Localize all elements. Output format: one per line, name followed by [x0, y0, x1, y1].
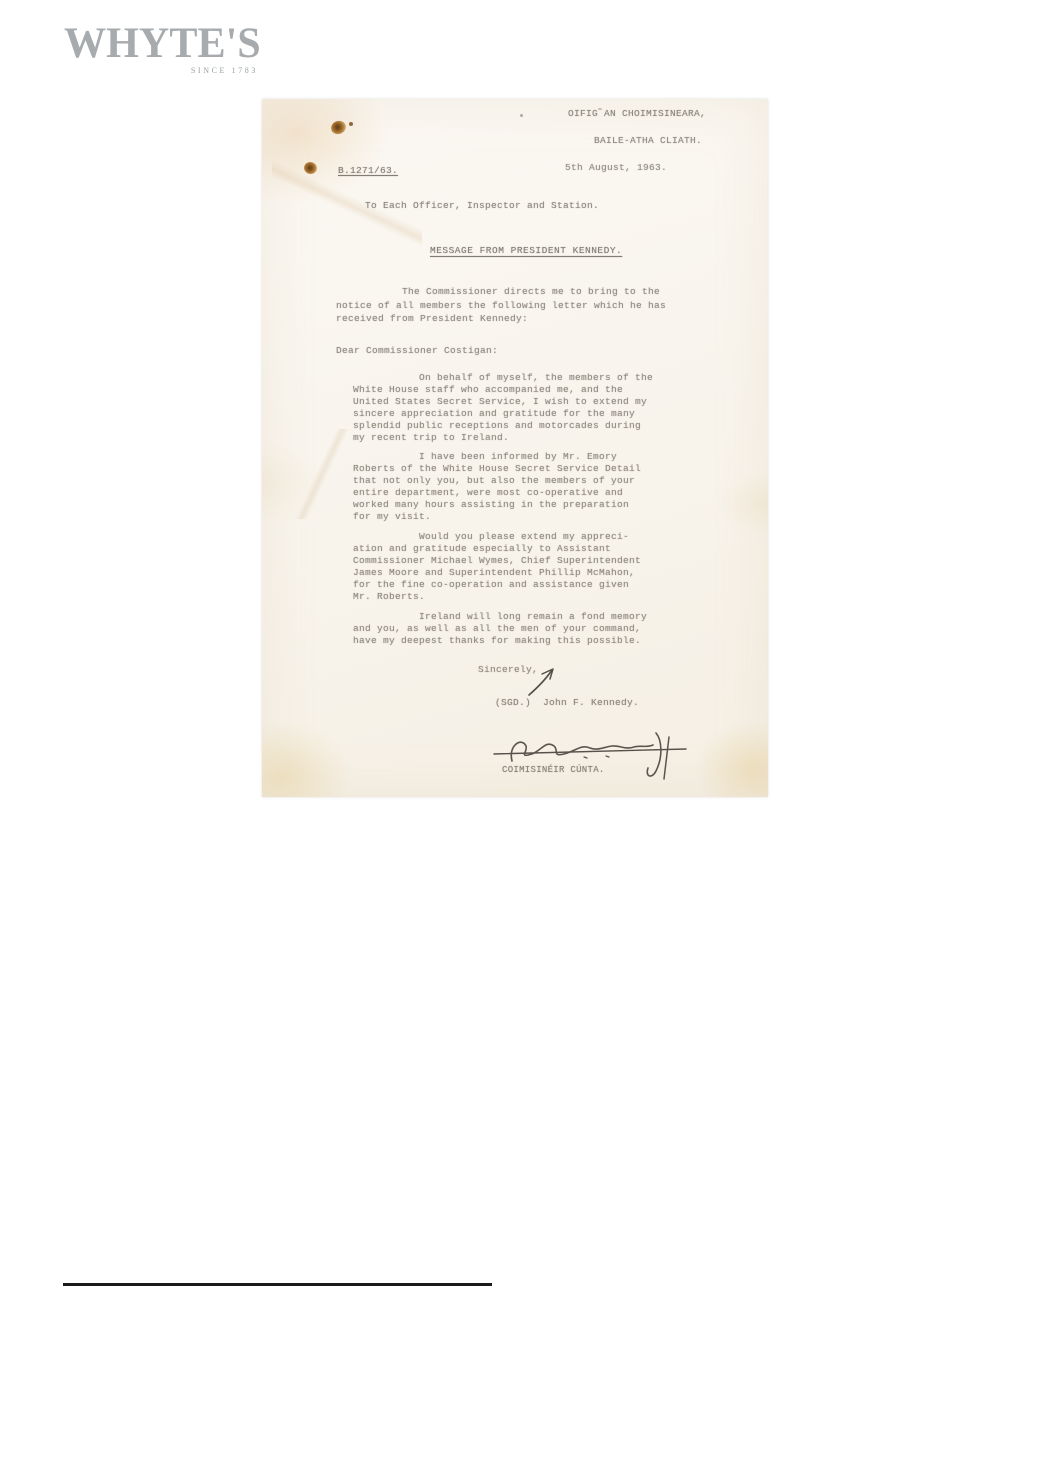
office-line-1: OIFIG AN CHOIMISINEARA,	[568, 108, 706, 120]
body-paragraph-4: Ireland will long remain a fond memory a…	[353, 611, 647, 647]
body-paragraph-2: I have been informed by Mr. Emory Robert…	[353, 451, 641, 523]
intro-paragraph: The Commissioner directs me to bring to …	[336, 285, 666, 326]
letter-scan: OIFIG AN CHOIMISINEARA, BAILE-ATHA CLIAT…	[262, 99, 768, 797]
footer-divider	[63, 1283, 492, 1286]
salutation: Dear Commissioner Costigan:	[336, 345, 498, 357]
rust-stain	[349, 122, 353, 126]
pen-tick-mark-icon	[522, 667, 558, 699]
rust-stain	[329, 119, 348, 136]
signed-line: (SGD.) John F. Kennedy.	[495, 697, 639, 709]
page-root: WHYTE'S SINCE 1783 OIFIG AN CHOIMISINEAR…	[0, 0, 1040, 1471]
brand-name: WHYTE'S	[64, 22, 256, 65]
brand-tagline: SINCE 1783	[191, 66, 258, 75]
body-paragraph-3: Would you please extend my appreci- atio…	[353, 531, 641, 603]
office-line-2: BAILE-ATHA CLIATH.	[594, 135, 702, 147]
letter-title: MESSAGE FROM PRESIDENT KENNEDY.	[430, 245, 622, 257]
rust-stain	[303, 161, 319, 176]
paper-speck	[520, 114, 523, 117]
brand-logo: WHYTE'S SINCE 1783	[64, 22, 260, 80]
reference-number: B.1271/63.	[338, 165, 398, 177]
signatory-title: COIMISINÉIR CÚNTA.	[502, 764, 605, 776]
body-paragraph-1: On behalf of myself, the members of the …	[353, 372, 653, 444]
addressee-line: To Each Officer, Inspector and Station.	[365, 200, 599, 212]
signature-scrawl-icon	[488, 727, 693, 785]
letter-date: 5th August, 1963.	[565, 162, 667, 174]
